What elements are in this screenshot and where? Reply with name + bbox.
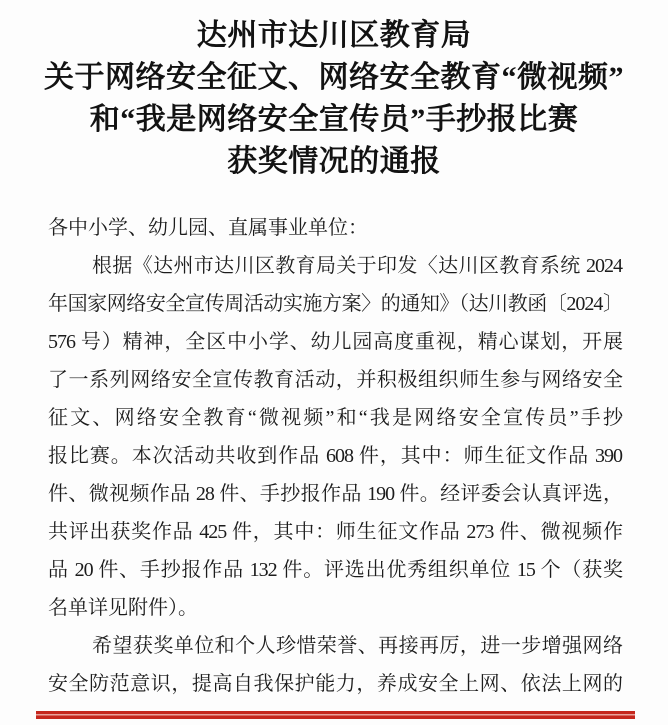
notice-body: 各中小学、幼儿园、直属事业单位： 根据《达州市达川区教育局关于印发〈达川区教育系… xyxy=(48,209,622,703)
notice-title-line-3: 和“我是网络安全宣传员”手抄报比赛 xyxy=(0,99,668,141)
notice-title: 达州市达川区教育局 关于网络安全征文、网络安全教育“微视频” 和“我是网络安全宣… xyxy=(0,0,668,183)
notice-title-line-1: 达州市达川区教育局 xyxy=(0,15,668,57)
notice-title-line-2: 关于网络安全征文、网络安全教育“微视频” xyxy=(0,57,668,99)
body-line: 名单详见附件）。 xyxy=(48,589,622,627)
body-line: 希望获奖单位和个人珍惜荣誉、再接再厉，进一步增强网络 xyxy=(48,627,622,665)
body-line: 了一系列网络安全宣传教育活动，并积极组织师生参与网络安全 xyxy=(48,361,622,399)
body-line: 根据《达州市达川区教育局关于印发〈达川区教育系统 2024 xyxy=(48,247,622,285)
salutation-line: 各中小学、幼儿园、直属事业单位： xyxy=(48,209,622,247)
body-line: 品 20 件、手抄报作品 132 件。评选出优秀组织单位 15 个（获奖 xyxy=(48,551,622,589)
body-line: 共评出获奖作品 425 件，其中：师生征文作品 273 件、微视频作 xyxy=(48,513,622,551)
body-line: 征文、网络安全教育“微视频”和“我是网络安全宣传员”手抄 xyxy=(48,399,622,437)
notice-document-page: 达州市达川区教育局 关于网络安全征文、网络安全教育“微视频” 和“我是网络安全宣… xyxy=(0,0,668,725)
red-header-divider-line xyxy=(36,711,635,719)
body-line: 576 号）精神，全区中小学、幼儿园高度重视，精心谋划，开展 xyxy=(48,323,622,361)
body-line: 安全防范意识，提高自我保护能力，养成安全上网、依法上网的 xyxy=(48,665,622,703)
body-line: 件、微视频作品 28 件、手抄报作品 190 件。经评委会认真评选， xyxy=(48,475,622,513)
body-line: 年国家网络安全宣传周活动实施方案〉的通知》（达川教函〔2024〕 xyxy=(48,285,622,323)
notice-title-line-4: 获奖情况的通报 xyxy=(0,141,668,183)
body-line: 报比赛。本次活动共收到作品 608 件，其中：师生征文作品 390 xyxy=(48,437,622,475)
